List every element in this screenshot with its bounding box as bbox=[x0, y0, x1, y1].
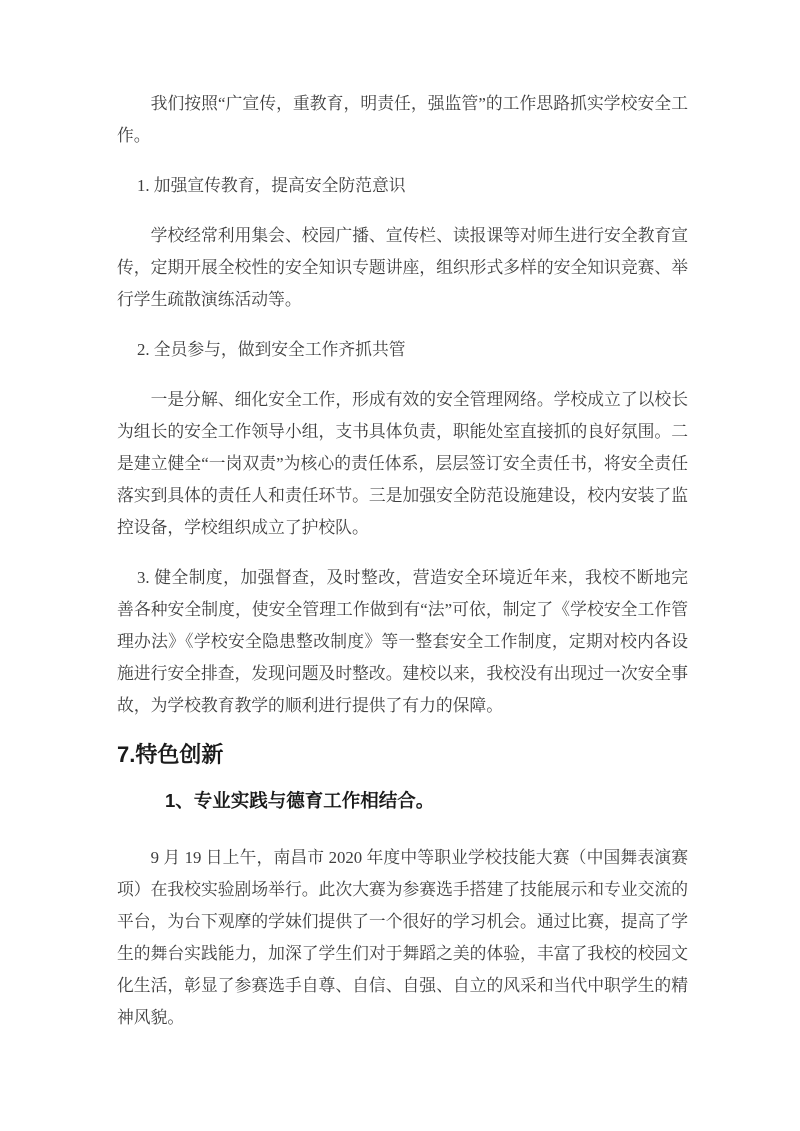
body-paragraph-publicity-activities: 学校经常利用集会、校园广播、宣传栏、读报课等对师生进行安全教育宣传，定期开展全校… bbox=[117, 220, 688, 316]
section-heading-7-innovation: 7.特色创新 bbox=[117, 740, 688, 770]
sub-heading-1-practice-moral-education: 1、专业实践与德育工作相结合。 bbox=[117, 786, 688, 816]
numbered-heading-1-publicity-education: 1. 加强宣传教育，提高安全防范意识 bbox=[117, 170, 688, 202]
body-paragraph-safety-management-network: 一是分解、细化安全工作，形成有效的安全管理网络。学校成立了以校长为组长的安全工作… bbox=[117, 384, 688, 544]
document-page: 我们按照“广宣传，重教育，明责任，强监管”的工作思路抓实学校安全工作。 1. 加… bbox=[0, 0, 800, 1131]
body-paragraph-safety-intro: 我们按照“广宣传，重教育，明责任，强监管”的工作思路抓实学校安全工作。 bbox=[117, 88, 688, 152]
document-body: 我们按照“广宣传，重教育，明责任，强监管”的工作思路抓实学校安全工作。 1. 加… bbox=[117, 88, 688, 1034]
numbered-heading-2-full-participation: 2. 全员参与，做到安全工作齐抓共管 bbox=[117, 334, 688, 366]
numbered-paragraph-3-system-improvement: 3. 健全制度，加强督查，及时整改，营造安全环境近年来，我校不断地完善各种安全制… bbox=[117, 562, 688, 722]
body-paragraph-skills-competition: 9 月 19 日上午，南昌市 2020 年度中等职业学校技能大赛（中国舞表演赛项… bbox=[117, 842, 688, 1034]
